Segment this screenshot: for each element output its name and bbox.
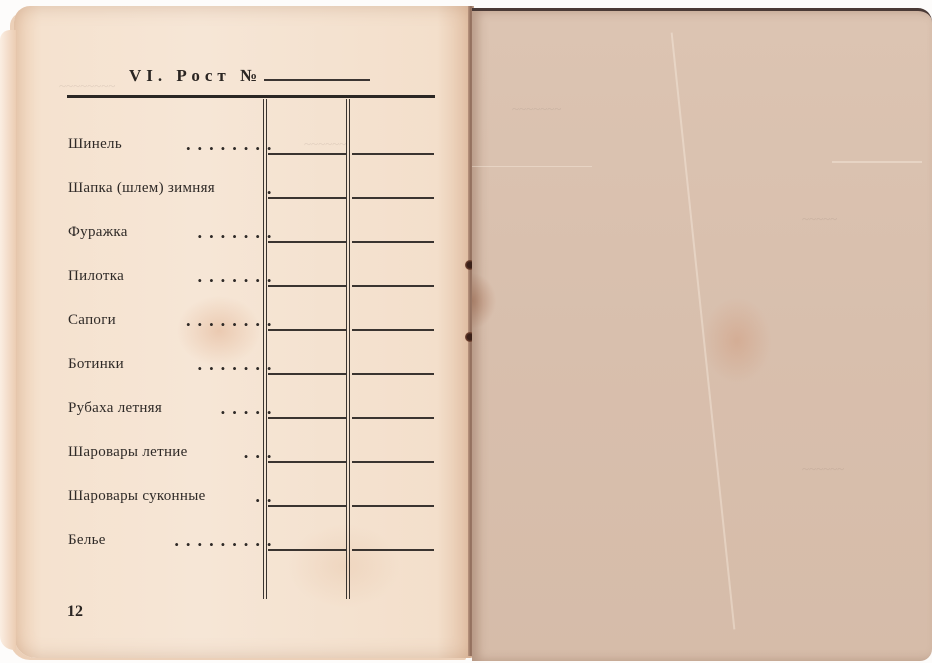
size-field-1 <box>268 197 346 199</box>
table-row: Шинель ........ <box>68 136 438 158</box>
item-label: Ботинки <box>68 356 124 373</box>
leader-dots: ......... <box>174 531 278 550</box>
size-field-1 <box>268 417 346 419</box>
bleed-through-text: ~~~~~~ <box>802 461 844 477</box>
size-field-2 <box>352 241 434 243</box>
item-label: Рубаха летняя <box>68 400 162 417</box>
size-field-1 <box>268 373 346 375</box>
table-row: Белье ......... <box>68 532 438 554</box>
size-field-2 <box>352 461 434 463</box>
table-row: Пилотка ....... <box>68 268 438 290</box>
table-row: Шаровары летние ... <box>68 444 438 466</box>
leader-dots: ....... <box>197 223 278 242</box>
size-field-1 <box>268 505 346 507</box>
size-field-2 <box>352 285 434 287</box>
paper-crease <box>671 33 736 630</box>
leader-dots: ..... <box>220 399 278 418</box>
size-field-2 <box>352 373 434 375</box>
table-row: Шаровары суконные .. <box>68 488 438 510</box>
paper-crease <box>832 161 922 163</box>
table-row: Рубаха летняя ..... <box>68 400 438 422</box>
bleed-through-text: ~~~~~~~ <box>512 101 561 117</box>
page-number: 12 <box>67 603 83 621</box>
leader-dots: . <box>266 179 278 198</box>
leader-dots: ........ <box>185 311 278 330</box>
column-divider-1 <box>263 99 267 599</box>
leader-dots: ....... <box>197 355 278 374</box>
column-divider-2 <box>346 99 350 599</box>
item-label: Шапка (шлем) зимняя <box>68 180 215 197</box>
size-field-2 <box>352 549 434 551</box>
table-header-rule <box>67 95 435 98</box>
right-page: ~~~~~~~ ~~~~~ ~~~~~~ <box>472 8 932 661</box>
size-field-1 <box>268 241 346 243</box>
section-heading: VI. Рост № <box>129 66 262 86</box>
leader-dots: .. <box>255 487 278 506</box>
item-label: Шаровары суконные <box>68 488 206 505</box>
item-label: Шинель <box>68 136 122 153</box>
size-field-1 <box>268 285 346 287</box>
paper-crease <box>472 166 592 167</box>
table-row: Ботинки ....... <box>68 356 438 378</box>
leader-dots: ....... <box>197 267 278 286</box>
bleed-through-text: ~~~~~~~~ <box>59 78 115 94</box>
size-field-2 <box>352 505 434 507</box>
size-field-1 <box>268 461 346 463</box>
table-row: Шапка (шлем) зимняя . <box>68 180 438 202</box>
bleed-through-text: ~~~~~ <box>802 211 837 227</box>
leader-dots: ... <box>243 443 278 462</box>
table-row: Фуражка ....... <box>68 224 438 246</box>
size-field-1 <box>268 329 346 331</box>
item-label: Фуражка <box>68 224 128 241</box>
leader-dots: ........ <box>185 135 278 154</box>
size-field-2 <box>352 197 434 199</box>
size-field-2 <box>352 153 434 155</box>
open-booklet-spread: ~~~~~~~~ ~~~~~~ VI. Рост № Шинель ......… <box>0 0 932 663</box>
size-field-1 <box>268 549 346 551</box>
item-label: Шаровары летние <box>68 444 188 461</box>
size-field-1 <box>268 153 346 155</box>
size-field-2 <box>352 417 434 419</box>
left-page: ~~~~~~~~ ~~~~~~ VI. Рост № Шинель ......… <box>14 6 474 658</box>
size-field-2 <box>352 329 434 331</box>
table-row: Сапоги ........ <box>68 312 438 334</box>
height-number-blank-line <box>264 79 370 81</box>
item-label: Пилотка <box>68 268 124 285</box>
item-label: Сапоги <box>68 312 116 329</box>
item-label: Белье <box>68 532 106 549</box>
